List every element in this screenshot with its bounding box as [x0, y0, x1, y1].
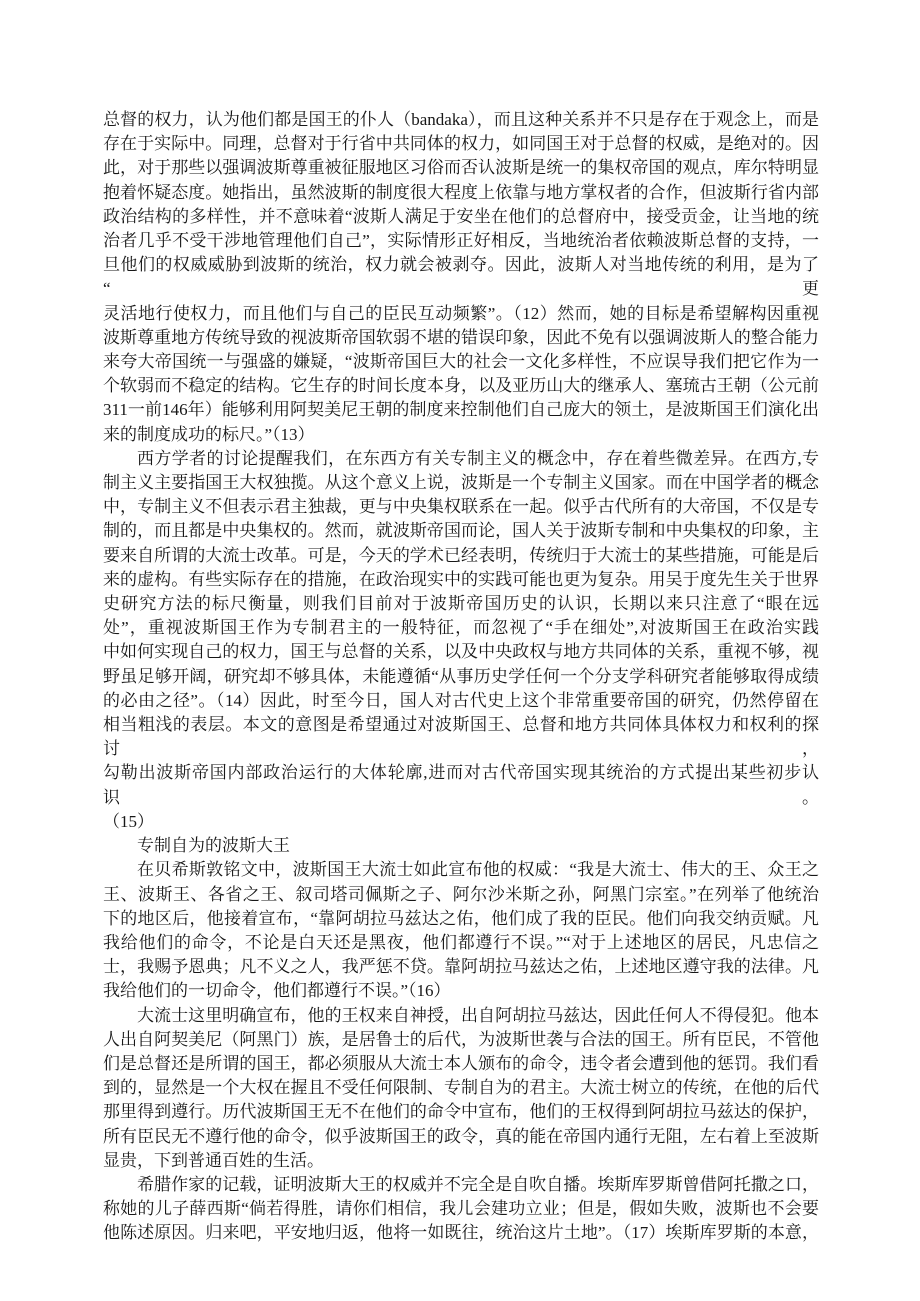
- text-line: 相当粗浅的表层。本文的意图是希望通过对波斯国王、总督和地方共同体具体权力和权利的…: [103, 713, 819, 761]
- text-line: 此，对于那些以强调波斯尊重被征服地区习俗而否认波斯是统一的集权帝国的观点，库尔特…: [103, 156, 819, 180]
- text-line: 总督的权力，认为他们都是国王的仆人（bandaka），而且这种关系并不只是存在于…: [103, 108, 819, 132]
- text-line: 中，专制主义不但表示君主独裁，更与中央集权联系在一起。似乎古代所有的大帝国，不仅…: [103, 495, 819, 519]
- text-line: 称她的儿子薛西斯“倘若得胜，请你们相信，我儿会建功立业；但是，假如失败，波斯也不…: [103, 1197, 819, 1221]
- text-line: 来的制度成功的标尺。”（13）: [103, 423, 819, 447]
- text-line: 存在于实际中。同理，总督对于行省中共同体的权力，如同国王对于总督的权威，是绝对的…: [103, 132, 819, 156]
- text-line: 王、波斯王、各省之王、叙司塔司佩斯之子、阿尔沙米斯之孙，阿黑门宗室。”在列举了他…: [103, 883, 819, 907]
- text-line: 大流士这里明确宣布，他的王权来自神授，出自阿胡拉马兹达，因此任何人不得侵犯。他本: [103, 1004, 819, 1028]
- text-line: 旦他们的权威威胁到波斯的统治，权力就会被剥夺。因此，波斯人对当地传统的利用，是为…: [103, 253, 819, 301]
- text-line: 在贝希斯敦铭文中，波斯国王大流士如此宣布他的权威：“我是大流士、伟大的王、众王之: [103, 858, 819, 882]
- text-line: 要来自所谓的大流士改革。可是，今天的学术已经表明，传统归于大流士的某些措施，可能…: [103, 544, 819, 568]
- text-line: （15）: [103, 810, 819, 834]
- text-line: 治者几乎不受干涉地管理他们自己”，实际情形正好相反，当地统治者依赖波斯总督的支持…: [103, 229, 819, 253]
- text-line: 来的虚构。有些实际存在的措施，在政治现实中的实践可能也更为复杂。用吴于度先生关于…: [103, 568, 819, 592]
- text-line: 制的，而且都是中央集权的。然而，就波斯帝国而论，国人关于波斯专制和中央集权的印象…: [103, 519, 819, 543]
- text-line: 显贵，下到普通百姓的生活。: [103, 1149, 819, 1173]
- section-heading: 专制自为的波斯大王: [103, 834, 819, 858]
- text-line: 西方学者的讨论提醒我们，在东西方有关专制主义的概念中，存在着些微差异。在西方,专: [103, 447, 819, 471]
- paragraph: 大流士这里明确宣布，他的王权来自神授，出自阿胡拉马兹达，因此任何人不得侵犯。他本…: [103, 1004, 819, 1173]
- text-line: 他陈述原因。归来吧，平安地归返，他将一如既往，统治这片土地”。（17）埃斯库罗斯…: [103, 1221, 819, 1245]
- text-line: 史研究方法的标尺衡量，则我们目前对于波斯帝国历史的认识，长期以来只注意了“眼在远: [103, 592, 819, 616]
- text-line: 311一前146年）能够利用阿契美尼王朝的制度来控制他们自己庞大的领土，是波斯国…: [103, 398, 819, 422]
- text-line: 我给他们的命令，不论是白天还是黑夜，他们都遵行不误。”“对于上述地区的居民，凡忠…: [103, 931, 819, 955]
- text-line: 来夸大帝国统一与强盛的嫌疑，“波斯帝国巨大的社会一文化多样性，不应误导我们把它作…: [103, 350, 819, 374]
- text-line: 士，我赐予恩典；凡不义之人，我严惩不贷。靠阿胡拉马兹达之佑，上述地区遵守我的法律…: [103, 955, 819, 979]
- text-line: 希腊作家的记载，证明波斯大王的权威并不完全是自吹自播。埃斯库罗斯曾借阿托撒之口，: [103, 1173, 819, 1197]
- paragraph: 在贝希斯敦铭文中，波斯国王大流士如此宣布他的权威：“我是大流士、伟大的王、众王之…: [103, 858, 819, 1003]
- text-line: 勾勒出波斯帝国内部政治运行的大体轮廓,进而对古代帝国实现其统治的方式提出某些初步…: [103, 761, 819, 809]
- text-line: 的必由之径”。（14）因此，时至今日，国人对古代史上这个非常重要帝国的研究，仍然…: [103, 689, 819, 713]
- text-line: 野虽足够开阔，研究却不够具体，未能遵循“从事历史学任何一个分支学科研究者能够取得…: [103, 665, 819, 689]
- text-line: 人出自阿契美尼（阿黑门）族，是居鲁士的后代，为波斯世袭与合法的国王。所有臣民，不…: [103, 1028, 819, 1052]
- text-line: 所有臣民无不遵行他的命令，似乎波斯国王的政令，真的能在帝国内通行无阻，左右着上至…: [103, 1125, 819, 1149]
- text-line: 们是总督还是所谓的国王，都必须服从大流士本人颁布的命令，违令者会遭到他的惩罚。我…: [103, 1052, 819, 1076]
- text-line: 处”，重视波斯国王作为专制君主的一般特征，而忽视了“手在细处”,对波斯国王在政治…: [103, 616, 819, 640]
- text-line: 下的地区后，他接着宣布，“靠阿胡拉马兹达之佑，他们成了我的臣民。他们向我交纳贡赋…: [103, 907, 819, 931]
- text-line: 波斯尊重地方传统导致的视波斯帝国软弱不堪的错误印象，因此不免有以强调波斯人的整合…: [103, 326, 819, 350]
- text-line: 我给他们的一切命令，他们都遵行不误。”（16）: [103, 979, 819, 1003]
- document-text-block: 总督的权力，认为他们都是国王的仆人（bandaka），而且这种关系并不只是存在于…: [103, 108, 819, 1246]
- text-line: 个软弱而不稳定的结构。它生存的时间长度本身，以及亚历山大的继承人、塞琉古王朝（公…: [103, 374, 819, 398]
- text-line: 抱着怀疑态度。她指出，虽然波斯的制度很大程度上依靠与地方掌权者的合作，但波斯行省…: [103, 181, 819, 205]
- document-page: 总督的权力，认为他们都是国王的仆人（bandaka），而且这种关系并不只是存在于…: [0, 0, 920, 1301]
- text-line: 制主义主要指国王大权独揽。从这个意义上说，波斯是一个专制主义国家。而在中国学者的…: [103, 471, 819, 495]
- text-line: 灵活地行使权力，而且他们与自己的臣民互动频繁”。（12）然而，她的目标是希望解构…: [103, 302, 819, 326]
- text-line: 那里得到遵行。历代波斯国王无不在他们的命令中宣布，他们的王权得到阿胡拉马兹达的保…: [103, 1100, 819, 1124]
- text-line: 政治结构的多样性，并不意味着“波斯人满足于安坐在他们的总督府中，接受贡金，让当地…: [103, 205, 819, 229]
- text-line: 到的，显然是一个大权在握且不受任何限制、专制自为的君主。大流士树立的传统，在他的…: [103, 1076, 819, 1100]
- paragraph: 希腊作家的记载，证明波斯大王的权威并不完全是自吹自播。埃斯库罗斯曾借阿托撒之口，…: [103, 1173, 819, 1246]
- text-line: 中如何实现自己的权力，国王与总督的关系，以及中央政权与地方共同体的关系，重视不够…: [103, 640, 819, 664]
- paragraph: 西方学者的讨论提醒我们，在东西方有关专制主义的概念中，存在着些微差异。在西方,专…: [103, 447, 819, 834]
- paragraph: 总督的权力，认为他们都是国王的仆人（bandaka），而且这种关系并不只是存在于…: [103, 108, 819, 447]
- paragraph: 专制自为的波斯大王: [103, 834, 819, 858]
